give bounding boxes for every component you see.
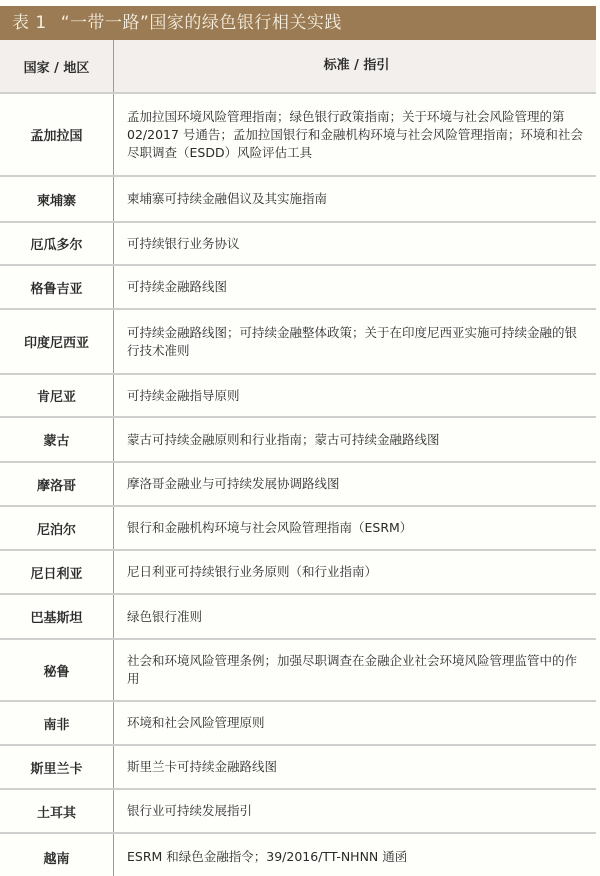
country-cell: 肯尼亚 xyxy=(0,375,114,416)
standard-cell: 孟加拉国环境风险管理指南；绿色银行政策指南；关于环境与社会风险管理的第 02/2… xyxy=(114,94,596,175)
table-row: 厄瓜多尔 可持续银行业务协议 xyxy=(0,223,596,266)
standard-cell: 斯里兰卡可持续金融路线图 xyxy=(114,746,596,788)
country-cell: 摩洛哥 xyxy=(0,463,114,505)
green-banking-table: 国家 / 地区 标准 / 指引 孟加拉国 孟加拉国环境风险管理指南；绿色银行政策… xyxy=(0,40,596,876)
country-cell: 柬埔寨 xyxy=(0,177,114,221)
standard-cell: 可持续金融路线图 xyxy=(114,266,596,308)
table-row: 尼日利亚 尼日利亚可持续银行业务原则（和行业指南） xyxy=(0,551,596,595)
country-cell: 格鲁吉亚 xyxy=(0,266,114,308)
standard-cell: 摩洛哥金融业与可持续发展协调路线图 xyxy=(114,463,596,505)
country-cell: 尼日利亚 xyxy=(0,551,114,593)
table-row: 蒙古 蒙古可持续金融原则和行业指南；蒙古可持续金融路线图 xyxy=(0,418,596,463)
country-cell: 印度尼西亚 xyxy=(0,310,114,373)
standard-cell: ESRM 和绿色金融指令；39/2016/TT-NHNN 通函 xyxy=(114,834,596,876)
table-row: 摩洛哥 摩洛哥金融业与可持续发展协调路线图 xyxy=(0,463,596,507)
standard-cell: 蒙古可持续金融原则和行业指南；蒙古可持续金融路线图 xyxy=(114,418,596,461)
standard-cell: 环境和社会风险管理原则 xyxy=(114,702,596,744)
standard-cell: 绿色银行准则 xyxy=(114,595,596,638)
standard-cell: 尼日利亚可持续银行业务原则（和行业指南） xyxy=(114,551,596,593)
standard-cell: 银行和金融机构环境与社会风险管理指南（ESRM） xyxy=(114,507,596,549)
table-row: 柬埔寨 柬埔寨可持续金融倡议及其实施指南 xyxy=(0,177,596,223)
table-title: 表 1“一带一路”国家的绿色银行相关实践 xyxy=(0,6,596,40)
table-number: 表 1 xyxy=(12,13,47,33)
standard-cell: 可持续银行业务协议 xyxy=(114,223,596,264)
standard-cell: 可持续金融路线图；可持续金融整体政策；关于在印度尼西亚实施可持续金融的银行技术准… xyxy=(114,310,596,373)
table-row: 越南 ESRM 和绿色金融指令；39/2016/TT-NHNN 通函 xyxy=(0,834,596,876)
country-cell: 土耳其 xyxy=(0,790,114,832)
table-row: 格鲁吉亚 可持续金融路线图 xyxy=(0,266,596,310)
country-cell: 蒙古 xyxy=(0,418,114,461)
standard-cell: 社会和环境风险管理条例；加强尽职调查在金融企业社会环境风险管理监管中的作用 xyxy=(114,640,596,700)
header-standard: 标准 / 指引 xyxy=(114,40,596,92)
table-row: 秘鲁 社会和环境风险管理条例；加强尽职调查在金融企业社会环境风险管理监管中的作用 xyxy=(0,640,596,702)
table-row: 尼泊尔 银行和金融机构环境与社会风险管理指南（ESRM） xyxy=(0,507,596,551)
standard-cell: 银行业可持续发展指引 xyxy=(114,790,596,832)
country-cell: 斯里兰卡 xyxy=(0,746,114,788)
country-cell: 秘鲁 xyxy=(0,640,114,700)
standard-cell: 可持续金融指导原则 xyxy=(114,375,596,416)
country-cell: 厄瓜多尔 xyxy=(0,223,114,264)
table-row: 孟加拉国 孟加拉国环境风险管理指南；绿色银行政策指南；关于环境与社会风险管理的第… xyxy=(0,94,596,177)
country-cell: 越南 xyxy=(0,834,114,876)
country-cell: 巴基斯坦 xyxy=(0,595,114,638)
table-row: 巴基斯坦 绿色银行准则 xyxy=(0,595,596,640)
table-row: 斯里兰卡 斯里兰卡可持续金融路线图 xyxy=(0,746,596,790)
table-title-text: “一带一路”国家的绿色银行相关实践 xyxy=(61,13,342,33)
country-cell: 孟加拉国 xyxy=(0,94,114,175)
table-row: 印度尼西亚 可持续金融路线图；可持续金融整体政策；关于在印度尼西亚实施可持续金融… xyxy=(0,310,596,375)
table-row: 南非 环境和社会风险管理原则 xyxy=(0,702,596,746)
table-header-row: 国家 / 地区 标准 / 指引 xyxy=(0,40,596,94)
table-row: 土耳其 银行业可持续发展指引 xyxy=(0,790,596,834)
header-country: 国家 / 地区 xyxy=(0,40,114,92)
country-cell: 南非 xyxy=(0,702,114,744)
standard-cell: 柬埔寨可持续金融倡议及其实施指南 xyxy=(114,177,596,221)
country-cell: 尼泊尔 xyxy=(0,507,114,549)
table-row: 肯尼亚 可持续金融指导原则 xyxy=(0,375,596,418)
